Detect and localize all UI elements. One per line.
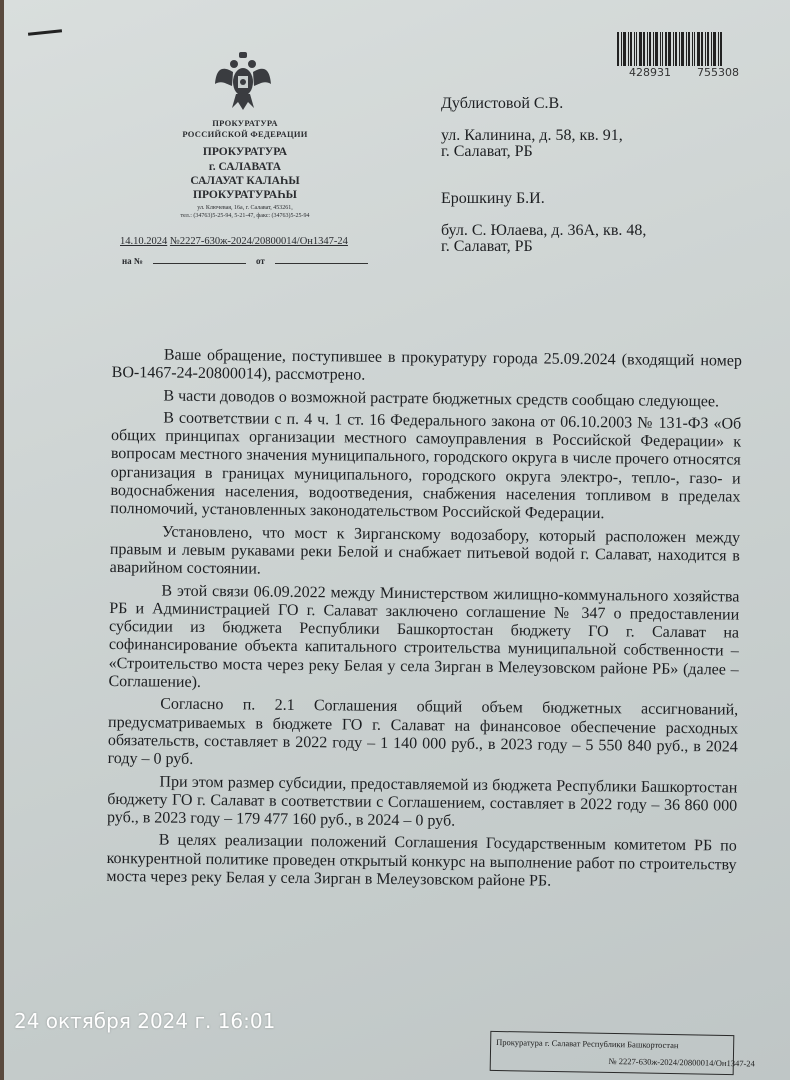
reply-to-label: на № xyxy=(122,256,143,266)
sender-org-line5: САЛАУАТ КАЛАҺЫ xyxy=(140,175,350,187)
sender-phones: тел.: (34763)5-25-94, 5-21-47, факс: (34… xyxy=(140,213,350,219)
letter-body: Ваше обращение, поступившее в прокуратур… xyxy=(106,346,742,897)
recipient-1-address2: г. Салават, РБ xyxy=(441,143,533,161)
outgoing-number: №2227-630ж-2024/20800014/Он1347-24 xyxy=(170,236,348,247)
recipient-2-address2: г. Салават, РБ xyxy=(441,238,533,256)
reply-date-line xyxy=(275,263,368,264)
sender-org-line3: ПРОКУРАТУРА xyxy=(140,146,350,158)
paragraph: В соответствии с п. 4 ч. 1 ст. 16 Федера… xyxy=(110,409,741,525)
stamp-line1: Прокуратура г. Салават Республики Башкор… xyxy=(496,1037,678,1050)
paragraph: При этом размер субсидии, предоставляемо… xyxy=(107,773,738,834)
paragraph: Согласно п. 2.1 Соглашения общий объем б… xyxy=(108,695,739,775)
paragraph: В целях реализации положений Соглашения … xyxy=(106,831,737,892)
barcode-number-right: 755308 xyxy=(697,66,739,79)
paragraph: В этой связи 06.09.2022 между Министерст… xyxy=(108,582,739,698)
outgoing-date: 14.10.2024 xyxy=(120,236,167,247)
sender-org-line4: г. САЛАВАТА xyxy=(140,161,350,173)
paragraph: Установлено, что мост к Зирганскому водо… xyxy=(110,523,741,584)
reply-reference: на №от xyxy=(122,256,378,266)
sender-org-line1: ПРОКУРАТУРА xyxy=(140,118,350,128)
registration-stamp: Прокуратура г. Салават Республики Башкор… xyxy=(490,1031,735,1075)
reply-from-label: от xyxy=(256,256,265,266)
barcode-bars xyxy=(617,32,749,66)
recipient-2-name: Ерошкину Б.И. xyxy=(441,190,545,208)
page-edge xyxy=(0,0,4,1080)
sender-address: ул. Ключевая, 16а, г. Салават, 453261, xyxy=(140,205,350,211)
reply-number-line xyxy=(153,263,246,264)
outgoing-reference: 14.10.2024 №2227-630ж-2024/20800014/Он13… xyxy=(120,236,348,247)
paragraph: В части доводов о возможной растрате бюд… xyxy=(111,387,741,412)
pen-mark xyxy=(28,29,62,36)
barcode-number-left: 428931 xyxy=(629,66,671,79)
coat-of-arms-icon xyxy=(212,50,274,114)
recipient-1-name: Дублистовой С.В. xyxy=(441,95,563,113)
sender-org-line6: ПРОКУРАТУРАҺЫ xyxy=(140,189,350,201)
stamp-line2: № 2227-630ж-2024/20800014/Он1347-24 xyxy=(609,1056,755,1069)
photo-timestamp: 24 октября 2024 г. 16:01 xyxy=(14,1009,275,1033)
paragraph: Ваше обращение, поступившее в прокуратур… xyxy=(112,346,742,389)
sender-org-line2: РОССИЙСКОЙ ФЕДЕРАЦИИ xyxy=(140,129,350,139)
